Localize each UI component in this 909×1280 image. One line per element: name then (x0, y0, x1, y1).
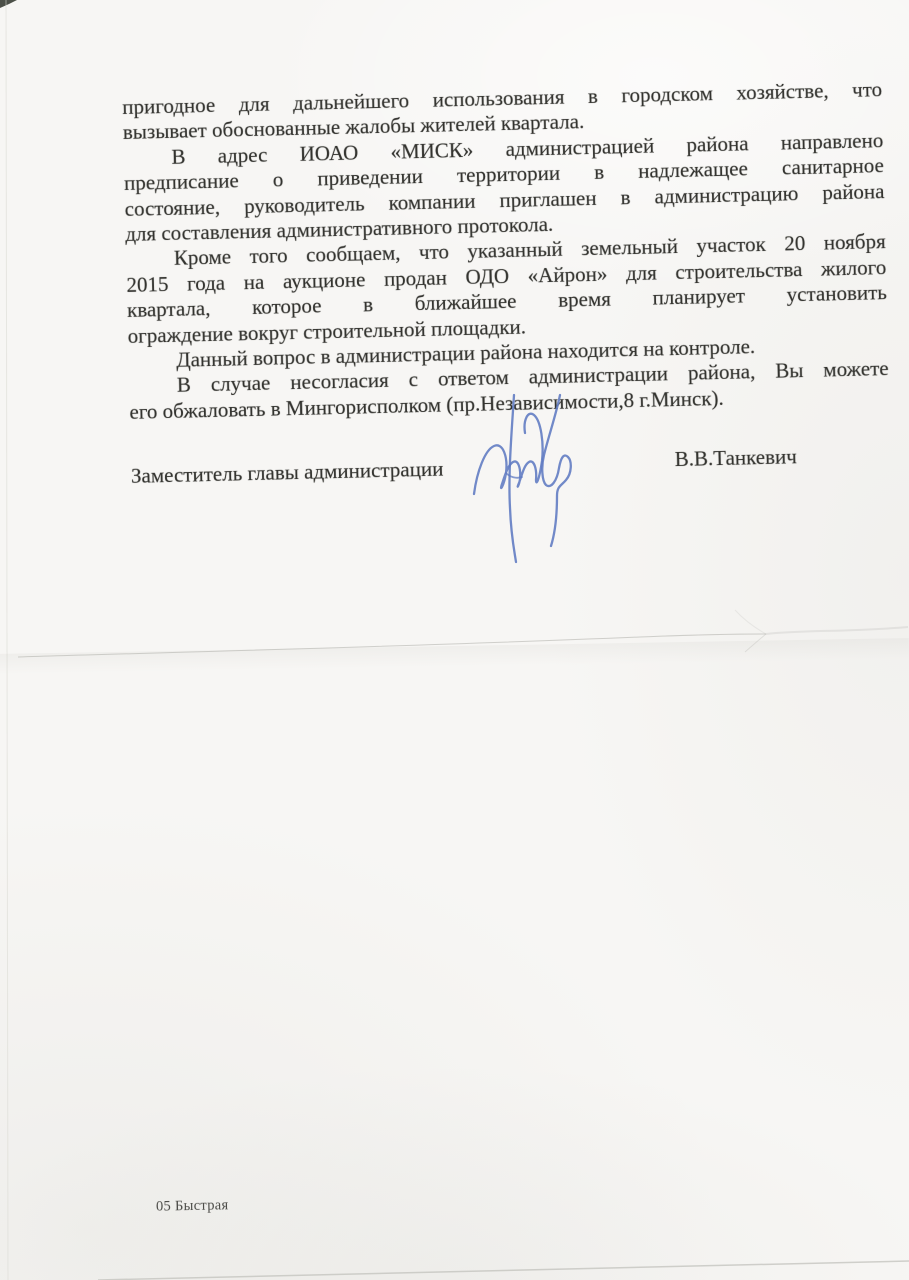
letter-body: пригодное для дальнейшего использования … (122, 77, 891, 491)
signatory-name: В.В.Танкевич (674, 444, 797, 472)
signatory-title: Заместитель главы администрации (131, 457, 444, 488)
paper-left-edge (6, 0, 8, 1280)
footer-code: 05 Быстрая (156, 1197, 229, 1215)
paper-bottom-edge (98, 1261, 909, 1280)
scan-corner-mark (0, 0, 17, 8)
scanned-letter-page: пригодное для дальнейшего использования … (0, 0, 909, 1280)
paper-crease-shadow (0, 638, 909, 680)
letter-paragraph-lines: пригодное для дальнейшего использования … (122, 77, 890, 425)
signature-row: Заместитель главы администрации В.В.Танк… (131, 446, 891, 491)
